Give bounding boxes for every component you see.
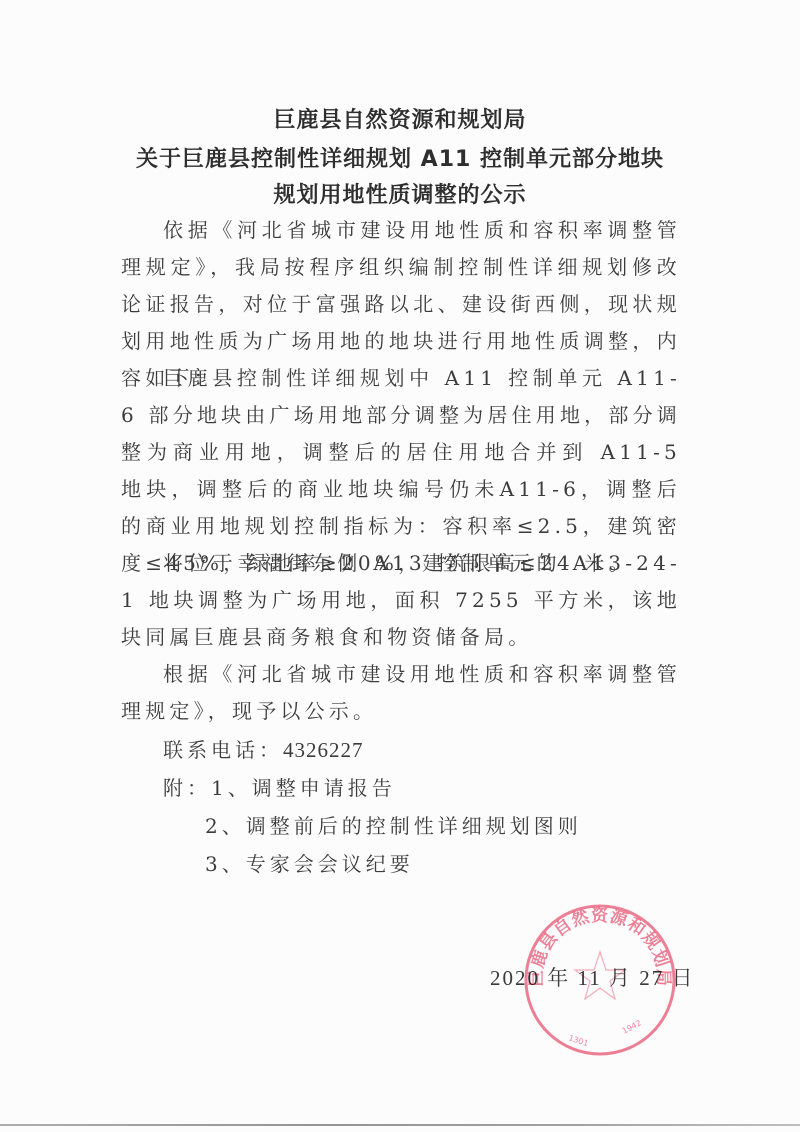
seal-text: 巨鹿县自然资源和规划局 [526, 905, 673, 987]
contact-line: 联系电话：4326227 [163, 734, 364, 763]
contact-phone: 4326227 [283, 738, 364, 762]
title-issuer: 巨鹿县自然资源和规划局 [0, 103, 800, 134]
seal-code-right: 1942 [621, 1018, 643, 1036]
paragraph-announcement: 根据《河北省城市建设用地性质和容积率调整管理规定》，现予以公示。 [121, 656, 681, 730]
scan-edge-divider [0, 1124, 800, 1126]
contact-label: 联系电话： [163, 738, 283, 762]
official-seal-icon: 巨鹿县自然资源和规划局 1301 1942 [520, 900, 680, 1060]
title-subject: 关于巨鹿县控制性详细规划 A11 控制单元部分地块 [0, 142, 800, 173]
seal-code-left: 1301 [567, 1033, 589, 1048]
attachment-line-1: 附：1、调整申请报告 [163, 772, 396, 801]
document-page: 巨鹿县自然资源和规划局 关于巨鹿县控制性详细规划 A11 控制单元部分地块 规划… [0, 0, 800, 1132]
attachment-item-3: 3、专家会会议纪要 [205, 848, 414, 877]
title-subject-cont: 规划用地性质调整的公示 [0, 178, 800, 209]
attachment-item-2: 2、调整前后的控制性详细规划图则 [205, 810, 582, 839]
paragraph-a13-adjustment: 将位于幸福街东侧 A13 控制单元的 A13-24-1 地块调整为广场用地，面积… [121, 545, 681, 656]
svg-text:巨鹿县自然资源和规划局: 巨鹿县自然资源和规划局 [526, 905, 673, 987]
attachment-item-1: 1、调整申请报告 [211, 776, 396, 800]
attachment-prefix: 附： [163, 776, 211, 800]
